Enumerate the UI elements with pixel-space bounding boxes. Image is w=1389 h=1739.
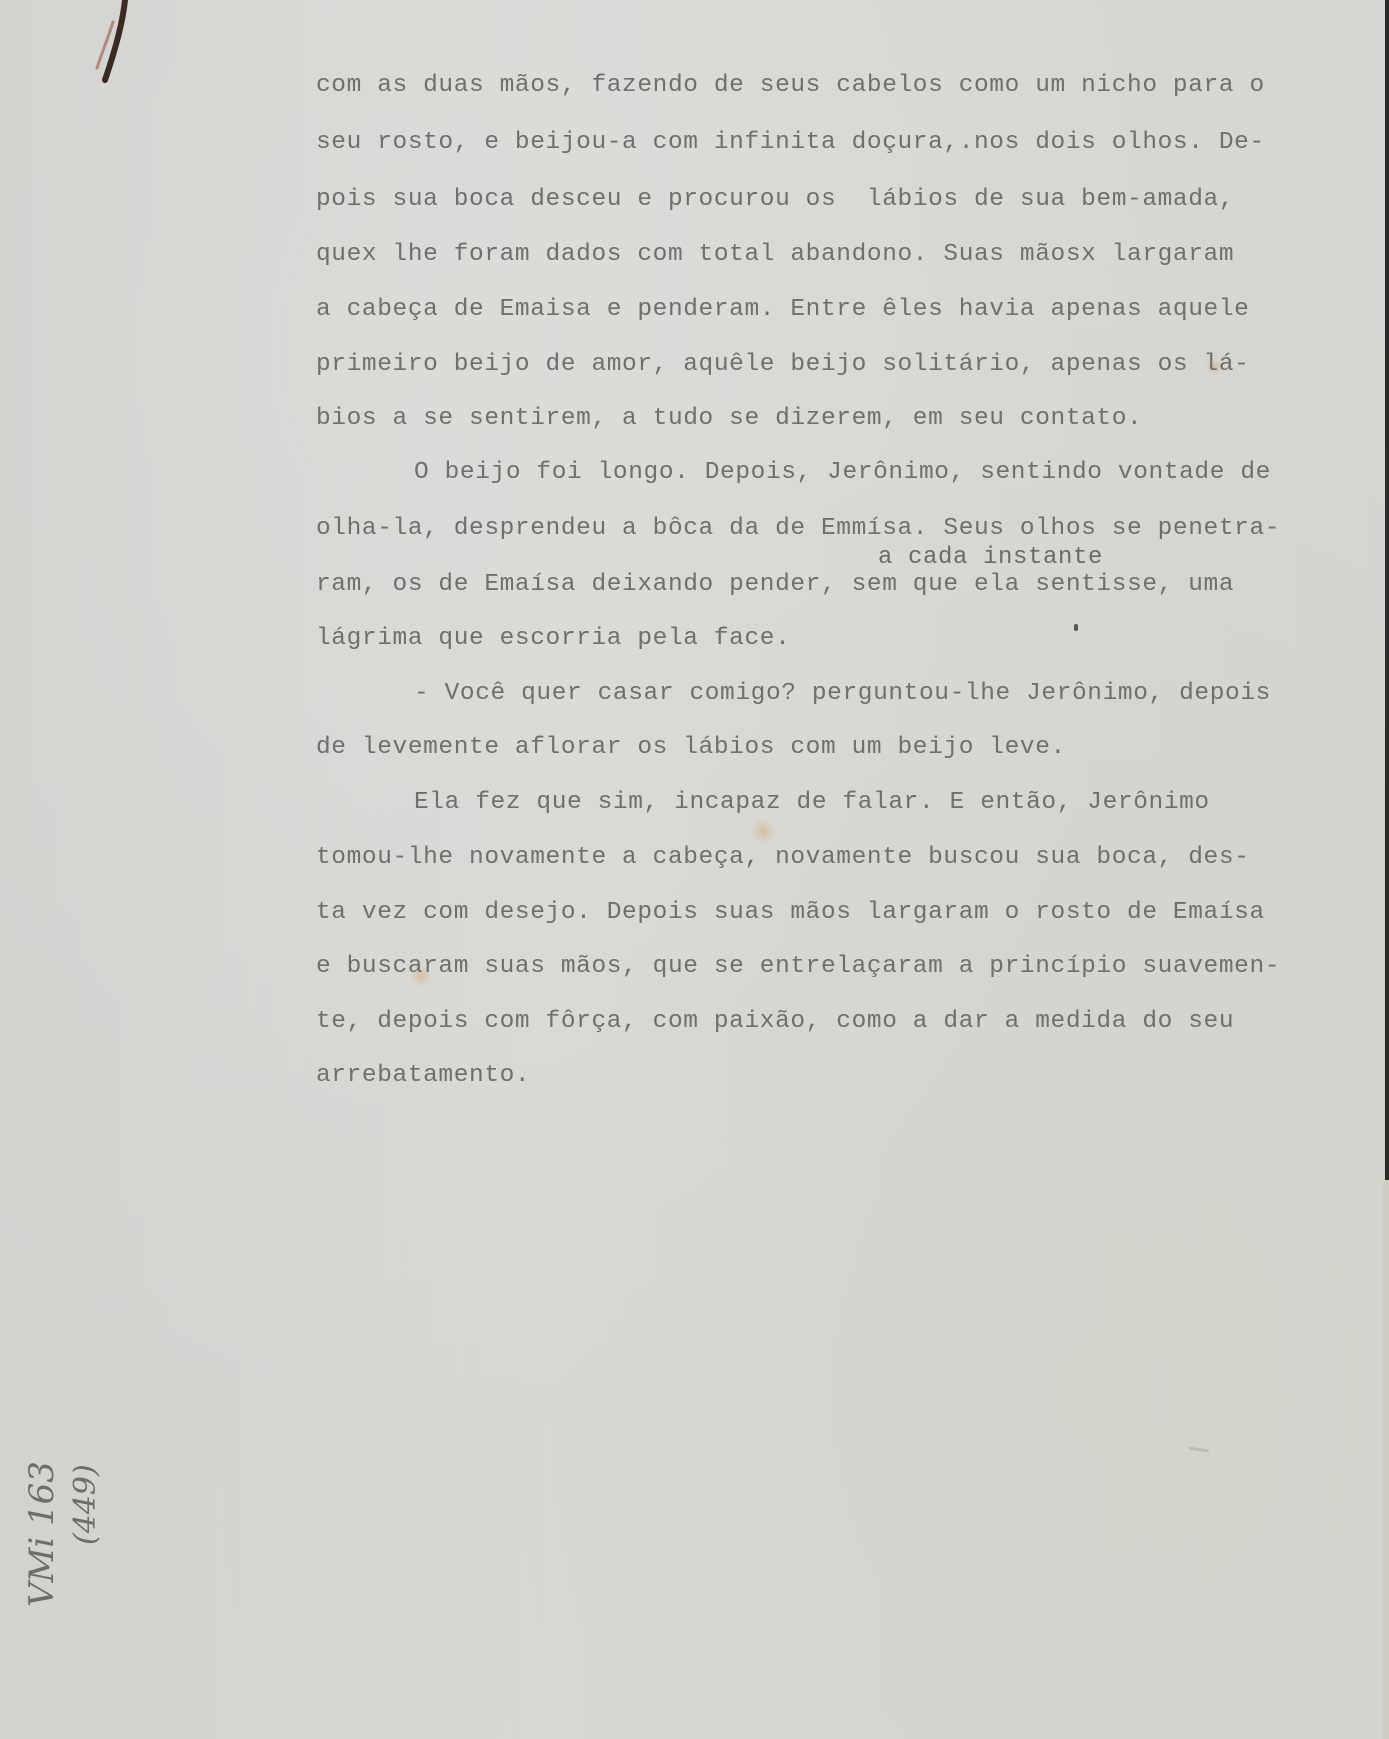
- text-line-18: te, depois com fôrça, com paixão, como a…: [316, 1008, 1234, 1036]
- text-line-13: de levemente aflorar os lábios com um be…: [316, 734, 1066, 762]
- foxing-stain: [750, 818, 776, 844]
- text-line-10: ram, os de Emaísa deixando pender, sem q…: [316, 571, 1234, 599]
- interlinear-insert: a cada instante: [878, 544, 1103, 571]
- stray-ink-dot: [1074, 624, 1078, 631]
- archive-code: VMi 163: [22, 1461, 62, 1607]
- text-line-16: ta vez com desejo. Depois suas mãos larg…: [316, 899, 1265, 927]
- manuscript-page: com as duas mãos, fazendo de seus cabelo…: [0, 0, 1389, 1739]
- text-line-2: seu rosto, e beijou-a com infinita doçur…: [316, 129, 1265, 157]
- text-line-5: a cabeça de Emaisa e penderam. Entre êle…: [316, 296, 1249, 324]
- page-edge: [1383, 1180, 1389, 1739]
- text-line-7: bios a se sentirem, a tudo se dizerem, e…: [316, 405, 1142, 433]
- page-edge-shadow: [1385, 0, 1389, 1180]
- text-line-8: O beijo foi longo. Depois, Jerônimo, sen…: [414, 459, 1271, 487]
- text-line-1: com as duas mãos, fazendo de seus cabelo…: [316, 72, 1265, 100]
- text-line-15: tomou-lhe novamente a cabeça, novamente …: [316, 844, 1249, 872]
- text-line-14: Ela fez que sim, incapaz de falar. E ent…: [414, 789, 1210, 817]
- archive-annotation: VMi 163 (449): [18, 1375, 118, 1605]
- text-line-4: quex lhe foram dados com total abandono.…: [316, 241, 1234, 269]
- archive-page-number: (449): [68, 1464, 103, 1545]
- text-line-11: lágrima que escorria pela face.: [316, 625, 790, 653]
- text-line-19: arrebatamento.: [316, 1062, 530, 1090]
- text-line-6: primeiro beijo de amor, aquêle beijo sol…: [316, 351, 1249, 379]
- text-line-12: - Você quer casar comigo? perguntou-lhe …: [414, 680, 1271, 708]
- text-line-17: e buscaram suas mãos, que se entrelaçara…: [316, 953, 1280, 981]
- text-line-3: pois sua boca desceu e procurou os lábio…: [316, 186, 1234, 214]
- paper-scratch: [1189, 1447, 1209, 1453]
- ink-stain-icon: [95, 0, 135, 90]
- text-line-9: olha-la, desprendeu a bôca da de Emmísa.…: [316, 515, 1280, 543]
